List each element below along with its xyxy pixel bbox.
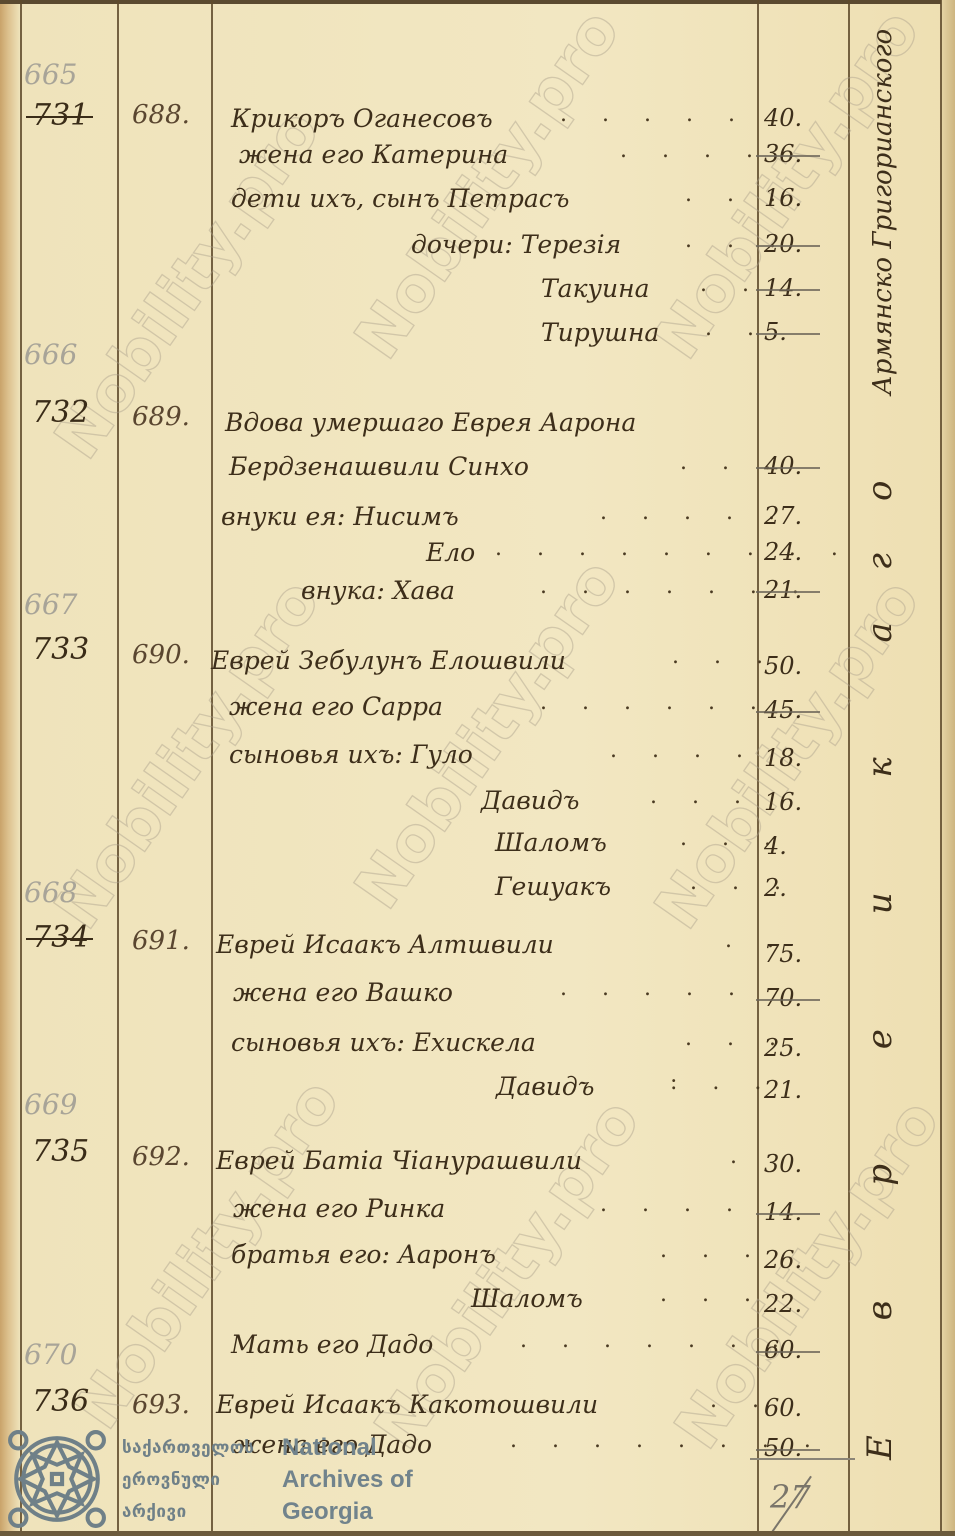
logo-georgian-line-1: საქართველოს [122, 1438, 254, 1458]
entry-line: жена его Катерина [239, 140, 508, 169]
page-bottom-edge [0, 1531, 955, 1536]
column-rule-entry-number [117, 0, 119, 1536]
pencil-number: 669 [24, 1088, 77, 1121]
total-rule [750, 1458, 855, 1460]
entry-number: 733 [32, 632, 89, 667]
entry-line: Вдова умершаго Еврея Аарона [225, 408, 636, 437]
age-value: 14. [764, 1198, 802, 1226]
entry-line: Гешуакъ [495, 872, 611, 901]
leader-dots: . . . [672, 644, 777, 669]
entry-line: Еврей Исаакъ Алтшвили [216, 930, 554, 959]
entry-line: Бердзенашвили Синхо [229, 452, 529, 481]
entry-number: 732 [32, 395, 89, 430]
entry-line: Тирушна [541, 318, 659, 347]
age-value: 14. [764, 274, 802, 302]
leader-dots: . . . . [610, 738, 757, 763]
family-number: 692. [132, 1142, 190, 1172]
watermark: Nobility.pro [660, 1086, 954, 1462]
leader-dots: . . . . [620, 138, 767, 163]
entry-number: 734 [32, 920, 89, 955]
age-value: 2. [764, 874, 787, 902]
age-value: 16. [764, 788, 802, 816]
age-value: 21. [764, 576, 802, 604]
leader-dots: . . . [660, 1282, 765, 1307]
logo-english-line-1: National [282, 1434, 377, 1462]
age-value: 60. [764, 1336, 802, 1364]
family-number: 688. [132, 100, 190, 130]
leader-dots: : . . [670, 1070, 775, 1095]
entry-line: дети ихъ, сынъ Петрасъ [231, 184, 569, 213]
column-rule-family-number [211, 0, 213, 1536]
column-rule-left-margin [20, 0, 22, 1536]
entry-line: Еврей Батіа Чіанурашвили [216, 1146, 582, 1175]
archive-logo: საქართველოს ეროვნული არქივი National Arc… [4, 1424, 424, 1532]
family-number: 689. [132, 402, 190, 432]
pencil-number: 665 [24, 58, 77, 91]
entry-line: внуки ея: Нисимъ [221, 502, 459, 531]
age-value: 40. [764, 104, 802, 132]
entry-number: 736 [32, 1384, 89, 1419]
entry-number: 735 [32, 1134, 89, 1169]
age-value: 40. [764, 452, 802, 480]
entry-line: Еврей Зебулунъ Елошвили [211, 646, 566, 675]
entry-line: жена его Ринка [233, 1194, 445, 1223]
leader-dots: . . . . . . [540, 690, 771, 715]
age-value: 45. [764, 696, 802, 724]
age-value: 30. [764, 1150, 802, 1178]
logo-georgian-line-3: არქივი [122, 1502, 187, 1522]
entry-line: Мать его Дадо [231, 1330, 433, 1359]
entry-line: Крикоръ Оганесовъ [231, 104, 493, 133]
leader-dots: . . . [660, 1238, 765, 1263]
age-value: 24. [764, 538, 802, 566]
logo-english-line-2: Archives of [282, 1466, 413, 1494]
leader-dots: . . [705, 316, 768, 341]
leader-dots: . . . . . [560, 102, 749, 127]
entry-number: 731 [32, 98, 89, 133]
leader-dots: . . . . [600, 1192, 747, 1217]
entry-line: Ело [426, 538, 475, 567]
age-value: 50. [764, 652, 802, 680]
age-value: 60. [764, 1394, 802, 1422]
family-number: 691. [132, 926, 190, 956]
age-value: 75. [764, 940, 802, 968]
age-value: 27. [764, 502, 802, 530]
entry-line: Давидъ [496, 1072, 594, 1101]
entry-line: дочери: Терезія [411, 230, 621, 259]
age-value: 18. [764, 744, 802, 772]
age-value: 5. [764, 318, 787, 346]
pencil-number: 667 [24, 588, 77, 621]
age-value: 16. [764, 184, 802, 212]
entry-line: жена его Вашко [233, 978, 453, 1007]
logo-georgian-line-2: ეროვნული [122, 1470, 220, 1490]
leader-dots: . [730, 1144, 751, 1169]
age-value: 26. [764, 1246, 802, 1274]
entry-line: Такуина [541, 274, 649, 303]
age-value: 20. [764, 230, 802, 258]
side-note-upper: Армянско Григорианского [868, 29, 898, 395]
entry-line: жена его Сарра [229, 692, 443, 721]
age-value: 36. [764, 140, 802, 168]
family-number: 693. [132, 1390, 190, 1420]
pencil-number: 668 [24, 876, 77, 909]
entry-line: Еврей Исаакъ Какотошвили [216, 1390, 598, 1419]
leader-dots: . . . . . [560, 976, 749, 1001]
column-rule-right [940, 0, 942, 1536]
family-number: 690. [132, 640, 190, 670]
entry-line: внука: Хава [301, 576, 455, 605]
entry-line: сыновья ихъ: Гуло [229, 740, 473, 769]
leader-dots: . . . . . [600, 500, 789, 525]
logo-english-line-3: Georgia [282, 1498, 373, 1526]
pencil-number: 666 [24, 338, 77, 371]
page-right-edge [941, 0, 955, 1536]
pencil-number: 670 [24, 1338, 77, 1371]
side-note-lower: Е в р е и к аго [860, 429, 900, 1460]
entry-line: Шаломъ [471, 1284, 583, 1313]
age-value: 70. [764, 984, 802, 1012]
entry-line: Шаломъ [495, 828, 607, 857]
entry-line: Давидъ [481, 786, 579, 815]
age-value: 21. [764, 1076, 802, 1104]
age-value: 25. [764, 1034, 802, 1062]
age-value: 22. [764, 1290, 802, 1318]
age-value: 4. [764, 832, 787, 860]
leader-dots: . . . [650, 784, 755, 809]
page-top-edge [0, 0, 955, 4]
archive-emblem-icon [6, 1428, 108, 1530]
entry-line: сыновья ихъ: Ехискела [231, 1028, 536, 1057]
column-rule-ages [848, 0, 850, 1536]
entry-line: братья его: Ааронъ [231, 1240, 496, 1269]
ledger-page: Nobility.pro Nobility.pro Nobility.pro N… [0, 0, 955, 1536]
leader-dots: . . . . . . . [520, 1328, 793, 1353]
